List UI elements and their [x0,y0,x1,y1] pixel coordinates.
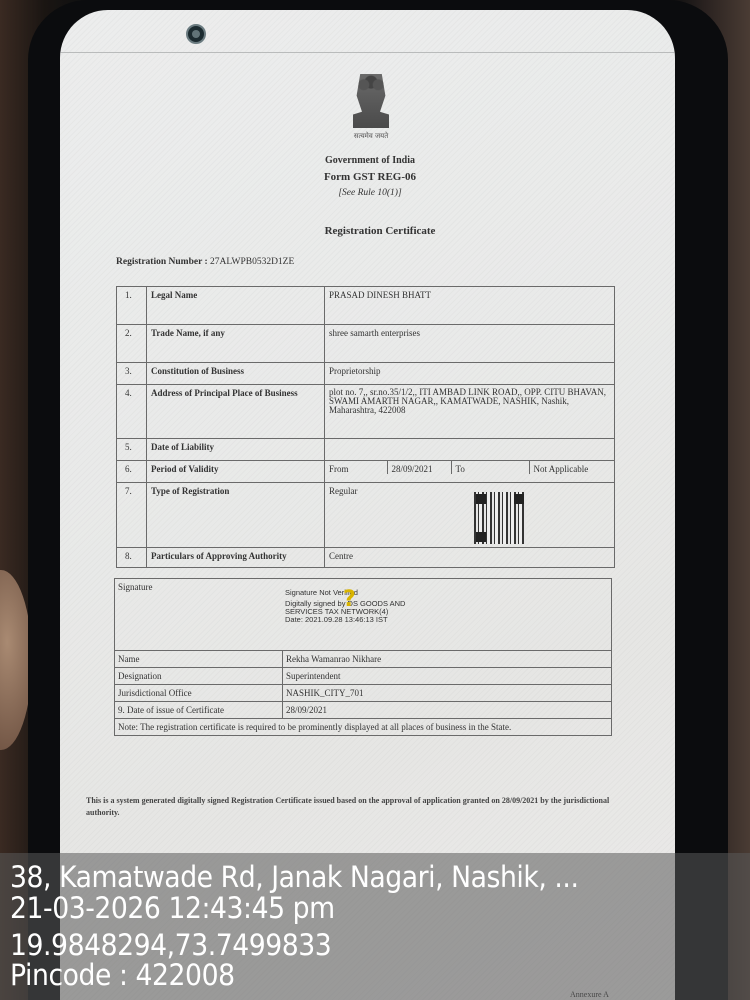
officer-value: Superintendent [283,668,612,685]
officer-row: 9. Date of issue of Certificate 28/09/20… [115,702,612,719]
form-heading: Form GST REG-06 [275,171,465,183]
row-number: 8. [117,548,147,568]
gps-coordinates: 19.9848294,73.7499833 [10,930,331,960]
signature-row: Signature Signature Not Verified Digital… [115,579,612,651]
emblem-motto: सत्यमेव जयते [354,132,388,141]
row-value: Centre [325,548,615,568]
from-date: 28/09/2021 [387,461,451,474]
row-number: 1. [117,287,147,325]
row-number: 6. [117,461,147,483]
table-row: 4. Address of Principal Place of Busines… [117,385,615,439]
row-value [325,439,615,461]
row-value: PRASAD DINESH BHATT [325,287,615,325]
government-heading: Government of India [275,155,465,166]
from-label: From [325,461,387,474]
row-label: Date of Liability [147,439,325,461]
row-label: Type of Registration [147,483,325,548]
row-value: Regular [329,486,358,496]
table-row: 8. Particulars of Approving Authority Ce… [117,548,615,568]
phone-screen: सत्यमेव जयते Government of India Form GS… [60,10,675,1000]
certificate-note: Note: The registration certificate is re… [115,719,612,736]
signature-unverified-icon: ? [343,587,356,612]
row-value: plot no. 7,, sr.no.35/1/2,, ITI AMBAD LI… [325,385,615,439]
gps-datetime: 21-03-2026 12:43:45 pm [10,893,335,923]
page-edge-divider [60,52,675,53]
officer-label: 9. Date of issue of Certificate [115,702,283,719]
officer-row: Jurisdictional Office NASHIK_CITY_701 [115,685,612,702]
registration-number: Registration Number : 27ALWPB0532D1ZE [116,257,294,267]
front-camera-icon [186,24,206,44]
rule-reference: [See Rule 10(1)] [275,188,465,198]
officer-label: Designation [115,668,283,685]
to-date: Not Applicable [529,461,614,474]
row-label: Particulars of Approving Authority [147,548,325,568]
signature-box: Signature Signature Not Verified Digital… [115,579,612,651]
row-label: Constitution of Business [147,363,325,385]
certificate-title: Registration Certificate [260,225,500,237]
row-label: Period of Validity [147,461,325,483]
table-row: 2. Trade Name, if any shree samarth ente… [117,325,615,363]
registration-number-label: Registration Number : [116,257,208,267]
certificate-table: 1. Legal Name PRASAD DINESH BHATT 2. Tra… [116,286,615,568]
to-label: To [451,461,529,474]
row-number: 2. [117,325,147,363]
signature-date: Date: 2021.09.28 13:46:13 IST [285,616,405,624]
table-row: 1. Legal Name PRASAD DINESH BHATT [117,287,615,325]
row-value: Proprietorship [325,363,615,385]
table-row: 3. Constitution of Business Proprietorsh… [117,363,615,385]
officer-row: Name Rekha Wamanrao Nikhare [115,651,612,668]
row-value: shree samarth enterprises [325,325,615,363]
validity-cell: From 28/09/2021 To Not Applicable [325,461,615,483]
system-generated-footer: This is a system generated digitally sig… [86,795,636,819]
lion-capital-icon [353,74,389,128]
row-label: Trade Name, if any [147,325,325,363]
gps-address: 38, Kamatwade Rd, Janak Nagari, Nashik, … [10,862,578,892]
state-emblem-icon: सत्यमेव जयते [350,74,392,146]
validity-table: From 28/09/2021 To Not Applicable [325,461,614,474]
table-row: 5. Date of Liability [117,439,615,461]
officer-value: Rekha Wamanrao Nikhare [283,651,612,668]
row-number: 3. [117,363,147,385]
officer-row: Designation Superintendent [115,668,612,685]
signature-table: Signature Signature Not Verified Digital… [114,578,612,736]
row-label: Address of Principal Place of Business [147,385,325,439]
row-number: 5. [117,439,147,461]
row-number: 7. [117,483,147,548]
officer-label: Name [115,651,283,668]
gps-pincode: Pincode : 422008 [10,960,235,990]
certificate-document: सत्यमेव जयते Government of India Form GS… [60,10,675,1000]
officer-value: 28/09/2021 [283,702,612,719]
table-row: 7. Type of Registration Regular [117,483,615,548]
note-row: Note: The registration certificate is re… [115,719,612,736]
signature-label: Signature [118,582,153,592]
row-value-with-qr: Regular [325,483,615,548]
table-row: 6. Period of Validity From 28/09/2021 To… [117,461,615,483]
registration-number-value: 27ALWPB0532D1ZE [210,257,294,267]
row-number: 4. [117,385,147,439]
officer-label: Jurisdictional Office [115,685,283,702]
officer-value: NASHIK_CITY_701 [283,685,612,702]
qr-code-icon [474,492,526,544]
row-label: Legal Name [147,287,325,325]
